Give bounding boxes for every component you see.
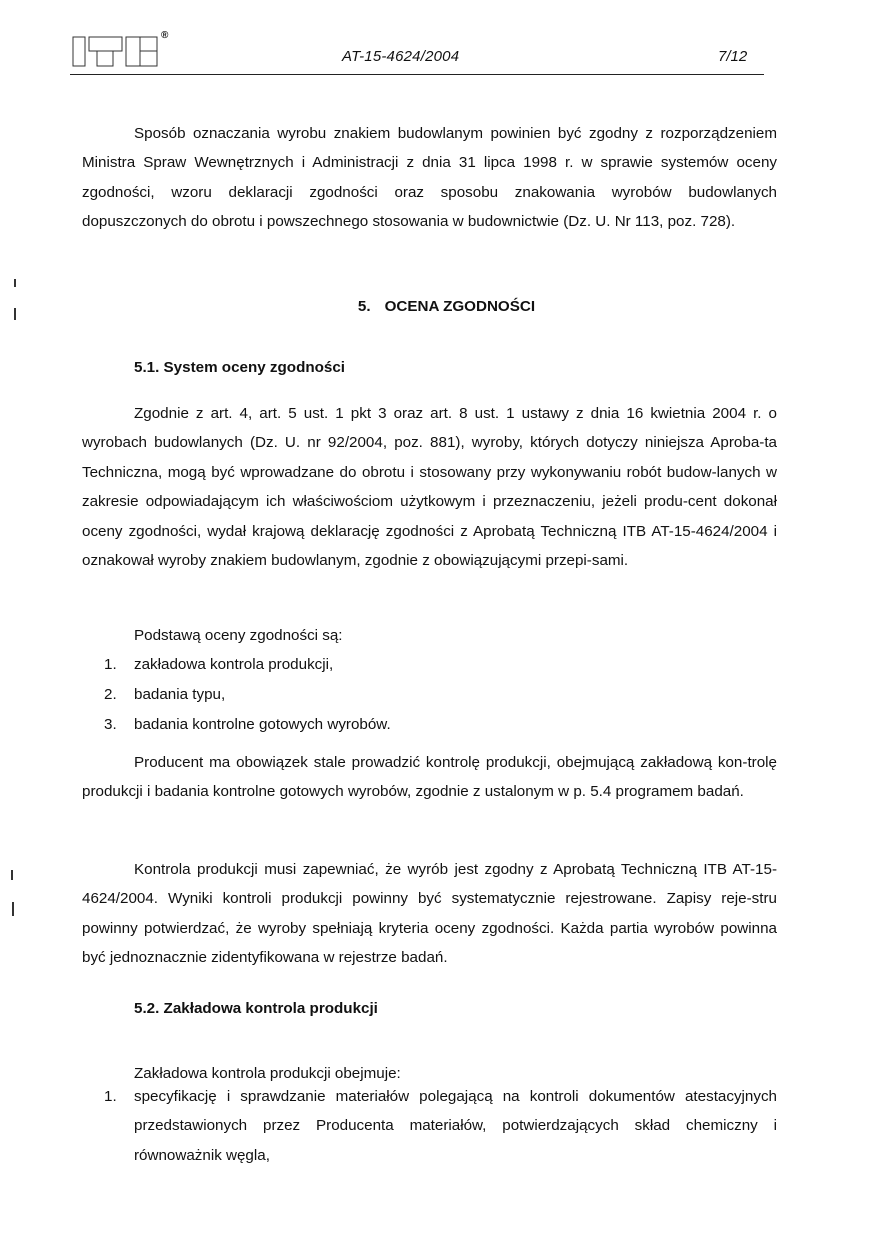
section-5-number: 5. [358,298,371,315]
scan-artifact [14,308,16,320]
section-5-1-heading: 5.1. System oceny zgodności [134,359,345,376]
section-5-1-paragraph-2: Producent ma obowiązek stale prowadzić k… [82,748,777,807]
scan-artifact [14,279,16,287]
section-5-2-intro: Zakładowa kontrola produkcji obejmuje: [134,1065,401,1082]
header-divider [70,74,764,75]
registered-mark: ® [161,30,168,41]
scan-artifact [11,870,13,880]
section-5-2-heading: 5.2. Zakładowa kontrola produkcji [134,1000,378,1017]
section-5-1-paragraph-1: Zgodnie z art. 4, art. 5 ust. 1 pkt 3 or… [82,399,777,575]
basis-intro: Podstawą oceny zgodności są: [134,627,343,644]
basis-list-item: 2. badania typu, [104,680,777,709]
intro-paragraph: Sposób oznaczania wyrobu znakiem budowla… [82,119,777,237]
section-5-title: OCENA ZGODNOŚCI [385,298,535,315]
scan-artifact [12,902,14,916]
section-5-1-paragraph-3: Kontrola produkcji musi zapewniać, że wy… [82,855,777,973]
basis-list-item: 1. zakładowa kontrola produkcji, [104,650,777,679]
page-header: ® AT-15-4624/2004 7/12 [0,0,893,80]
control-list-item: 1. specyfikację i sprawdzanie materiałów… [104,1082,777,1170]
document-number: AT-15-4624/2004 [342,48,459,65]
basis-list-item: 3. badania kontrolne gotowych wyrobów. [104,710,777,739]
page-number: 7/12 [718,48,747,65]
section-5-heading: 5.OCENA ZGODNOŚCI [0,298,893,315]
